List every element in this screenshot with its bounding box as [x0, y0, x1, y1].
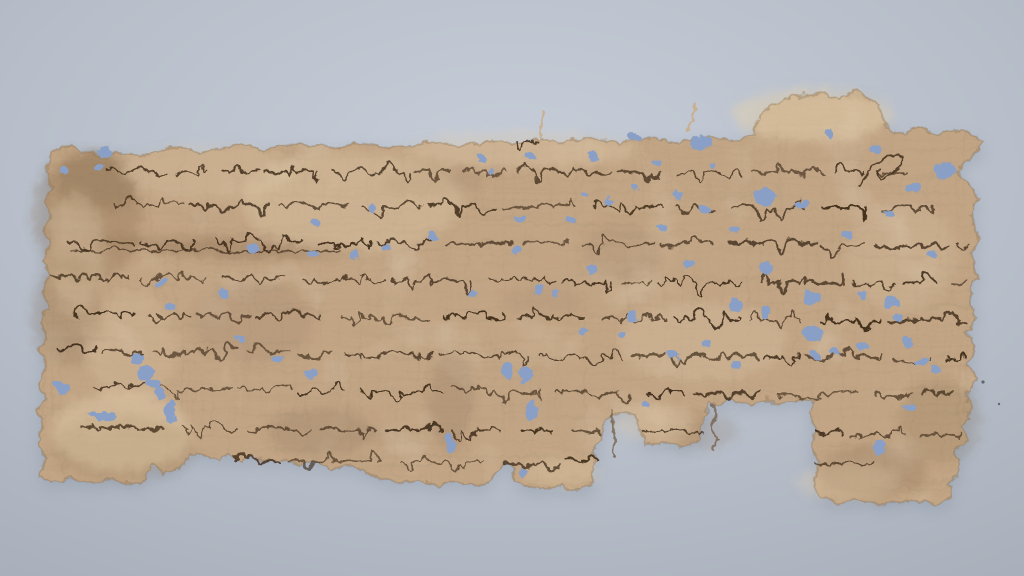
hole: [802, 323, 820, 339]
hole: [726, 223, 736, 229]
hole: [514, 213, 526, 221]
hole: [758, 304, 768, 316]
hole: [807, 348, 819, 358]
hole: [867, 143, 879, 151]
hole: [425, 232, 435, 240]
hole: [751, 188, 773, 204]
hole: [305, 368, 315, 376]
hole: [700, 336, 710, 346]
hole: [882, 208, 894, 216]
hole: [655, 222, 665, 228]
hole: [525, 397, 535, 419]
hole: [903, 401, 913, 409]
hole: [651, 157, 659, 163]
hole: [585, 152, 595, 160]
hole: [57, 165, 69, 173]
hole: [585, 264, 595, 272]
hole: [933, 160, 955, 178]
hole: [670, 189, 680, 197]
hole: [575, 326, 585, 334]
hole: [872, 436, 882, 452]
hole: [155, 277, 165, 285]
hole: [379, 244, 387, 250]
hole: [638, 399, 648, 407]
hole: [509, 244, 519, 252]
hole: [270, 353, 280, 361]
hole: [443, 433, 453, 451]
hole: [899, 335, 911, 345]
hole: [563, 217, 573, 223]
hole: [152, 387, 164, 397]
hole: [854, 339, 866, 347]
hole: [706, 162, 714, 168]
hole: [486, 167, 494, 173]
hole: [627, 131, 639, 139]
hole: [928, 364, 938, 372]
hole: [603, 196, 613, 204]
hole: [857, 289, 867, 297]
hole: [690, 134, 710, 148]
hole: [890, 311, 900, 319]
dust-speck: [998, 403, 1000, 405]
hole: [96, 146, 110, 156]
hole: [500, 360, 510, 376]
hole: [307, 216, 317, 224]
hole: [682, 257, 692, 265]
hole: [925, 248, 935, 256]
hole: [698, 204, 708, 212]
hole: [217, 288, 227, 296]
hole: [883, 295, 897, 305]
stain-light: [610, 402, 690, 438]
hole: [165, 398, 175, 422]
hole: [625, 311, 635, 321]
hole: [581, 189, 589, 195]
hole: [526, 153, 534, 159]
hole: [667, 348, 677, 358]
hole: [164, 300, 174, 308]
hole: [56, 382, 68, 394]
hole: [616, 329, 624, 335]
hole: [906, 182, 920, 192]
hole: [515, 465, 525, 475]
hole: [730, 297, 740, 309]
dust-speck: [981, 380, 984, 383]
photo-viewport: [0, 0, 1024, 576]
hole: [822, 127, 832, 135]
hole: [830, 346, 840, 354]
hole: [94, 164, 102, 170]
hole: [518, 363, 530, 381]
hole: [730, 358, 740, 368]
hole: [348, 250, 356, 256]
hole: [840, 228, 850, 236]
hole: [794, 199, 806, 207]
hole: [235, 333, 245, 341]
papyrus-fragment: [30, 87, 982, 503]
hole: [802, 288, 818, 302]
stain-light: [795, 462, 895, 498]
hole: [307, 248, 317, 254]
hole: [531, 281, 541, 293]
stain-light: [85, 290, 175, 400]
hole: [367, 202, 377, 210]
hole: [757, 259, 773, 271]
hole: [914, 355, 926, 365]
hole: [86, 410, 114, 418]
hole: [475, 151, 485, 159]
hole: [134, 365, 152, 379]
hole: [466, 288, 474, 294]
hole: [628, 185, 636, 191]
hole: [128, 351, 142, 363]
stain-dark: [85, 233, 235, 247]
papyrus-photo: [0, 0, 1024, 576]
hole: [244, 242, 256, 250]
hole: [552, 288, 560, 294]
